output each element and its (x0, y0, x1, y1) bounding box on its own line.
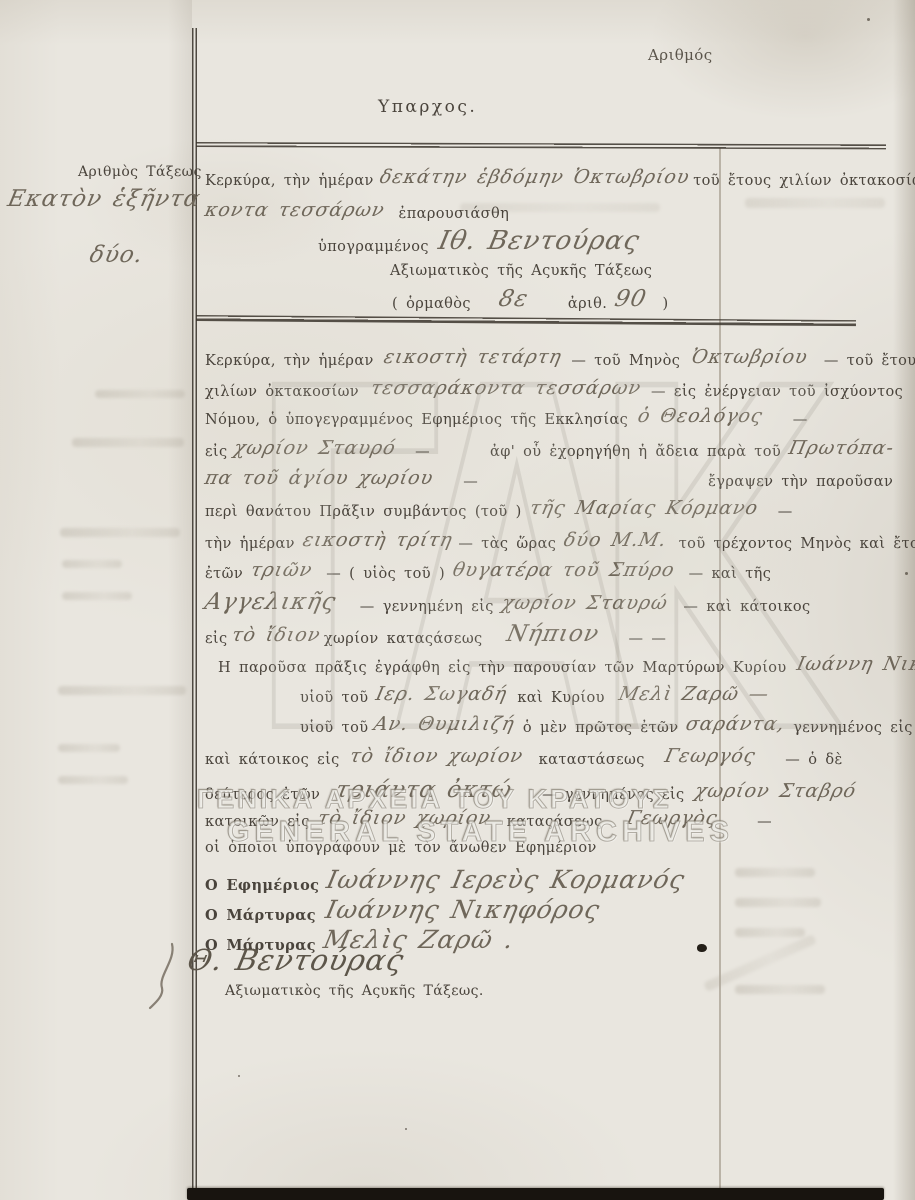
printed-text: Η παροῦσα πρᾶξις ἐγράφθη εἰς τὴν παρουσί… (218, 660, 787, 676)
printed-text: — (463, 474, 478, 490)
witness1-signature-line: Ο ΜάρτυραςΙωάννης Νικηφόρος (205, 899, 600, 924)
handwritten-text: τῆς Μαρίας Κόρμανο (528, 499, 760, 518)
body-line-11: Η παροῦσα πρᾶξις ἐγράφθη εἰς τὴν παρουσί… (218, 657, 915, 676)
printed-text: — εἰς ἐνέργειαν τοῦ ἰσχύοντος (651, 384, 903, 400)
document-page: Αριθμός Υπαρχος. Αριθμὸς Τάξεως Εκατὸν ἑ… (0, 0, 915, 1200)
officer-signature-upper: Ιθ. Βεντούρας (436, 228, 642, 254)
paper-speck (867, 18, 870, 21)
body-line-14: καὶ κάτοικος εἰςτὸ ἴδιον χωρίονκαταστάσε… (205, 749, 843, 768)
printed-text: καὶ Κυρίου (517, 690, 605, 706)
printed-text: ὑπογραμμένος (318, 239, 429, 255)
body-line-17: οἱ ὁποῖοι ὑπογράφουν μὲ τὸν ἄνωθεν Εφημέ… (205, 841, 597, 856)
printed-text: κατοικῶν εἰς (205, 814, 310, 830)
handwritten-text: Ὀκτωβρίου (690, 348, 810, 367)
printed-text: ) (663, 296, 669, 312)
bleedthrough-mark (735, 898, 821, 907)
handwritten-text: χωρίον Σταυρό (232, 439, 398, 458)
handwritten-text: κοντα τεσσάρων (203, 201, 387, 220)
upper-line-1: Κερκύρα, τὴν ἡμέρανδεκάτην ἑβδόμην Ὀκτωβ… (205, 170, 915, 189)
bleedthrough-mark (62, 560, 122, 568)
handwritten-text: σαράντα, (684, 715, 787, 734)
printed-text: εἰς (205, 631, 228, 647)
handwritten-text: θυγατέρα τοῦ Σπύρο (451, 561, 677, 580)
witness1-signature: Ιωάννης Νικηφόρος (323, 897, 602, 922)
printed-text: — (757, 814, 772, 830)
bleedthrough-mark (72, 438, 184, 447)
printed-text: — καὶ τῆς (689, 566, 772, 582)
printed-text: χιλίων ὀκτακοσίων (205, 384, 359, 400)
printed-text: — τοῦ Μηνὸς (571, 353, 680, 369)
witness1-label: Ο Μάρτυρας (205, 907, 316, 924)
printed-text: οἱ ὁποῖοι ὑπογράφουν μὲ τὸν ἄνωθεν Εφημέ… (205, 840, 597, 856)
printed-text: εἰς (205, 444, 228, 460)
printed-text: υἱοῦ τοῦ (300, 690, 368, 706)
bleedthrough-mark (58, 776, 128, 784)
printed-text: υἱοῦ τοῦ (300, 720, 368, 736)
handwritten-text: Νήπιον (504, 623, 601, 646)
handwritten-group-number: 8ε (496, 288, 530, 311)
priest-signature: Ιωάννης Ιερεὺς Κορμανός (325, 867, 688, 892)
printed-text: τοῦ τρέχοντος Μηνὸς καὶ ἔτους (679, 536, 915, 552)
printed-text: Κερκύρα, τὴν ἡμέραν (205, 173, 374, 189)
bleedthrough-mark (735, 928, 805, 937)
body-line-4: εἰςχωρίον Σταυρό—ἀφ' οὗ ἐχορηγήθη ἡ ἄδει… (205, 441, 894, 460)
officer-title: Αξιωματικὸς τῆς Αςυκῆς Τάξεως. (225, 983, 484, 999)
officer-signature: Θ. Βεντούρας (185, 946, 407, 975)
printed-text: — — (628, 631, 666, 647)
printed-text: — καὶ κάτοικος (683, 599, 810, 615)
printed-text: — τοῦ ἔτους (824, 353, 915, 369)
handwritten-text: χωρίον Σταβρό (693, 782, 858, 801)
handwritten-text: Αν. Θυμιλιζή (372, 715, 516, 734)
printed-text: καὶ κάτοικος εἰς (205, 752, 340, 768)
upper-line-5: ( ὁρμαθὸς8εἀριθ.90) (392, 290, 669, 313)
section-title-text: Υπαρχος. (378, 97, 477, 117)
scanned-archive-page: { "header": { "number_label": "Αριθμός",… (0, 0, 915, 1200)
handwritten-text: δεκάτην ἑβδόμην Ὀκτωβρίου (378, 168, 691, 187)
handwritten-text: χωρίον Σταυρώ (500, 594, 670, 613)
printed-text: Αξιωματικὸς τῆς Αςυκῆς Τάξεως (390, 263, 652, 279)
paper-speck (238, 1075, 240, 1077)
margin-order-number-label: Αριθμὸς Τάξεως (78, 165, 202, 179)
margin-hw2-text: δύο. (88, 244, 146, 267)
body-line-9: Αγγελικῆς— γεννημένη εἰςχωρίον Σταυρώ— κ… (205, 593, 810, 616)
officer-signature-line: Θ. Βεντούρας (188, 948, 404, 977)
body-line-3: Νόμου, ὁ ὑπογεγραμμένος Εφημέριος τῆς Εκ… (205, 409, 808, 428)
handwritten-text: τὸ ἴδιον χωρίον (348, 747, 525, 766)
body-line-12: υἱοῦ τοῦΙερ. Σωγαδήκαὶ ΚυρίουΜελὶ Ζαρῶ — (300, 687, 769, 706)
handwritten-text: πα τοῦ ἁγίου χωρίου (203, 469, 435, 488)
priest-label: Ο Εφημέριος (205, 877, 319, 894)
handwritten-text: τεσσαράκοντα τεσσάρων (369, 379, 643, 398)
bleedthrough-mark (745, 198, 885, 208)
printed-text: — τὰς ὥρας (458, 536, 556, 552)
printed-text: τοῦ ἔτους χιλίων ὀκτακοσίων (693, 173, 915, 189)
body-line-6: περὶ θανάτου Πρᾶξιν συμβάντος (τοῦ )τῆς … (205, 501, 793, 520)
printed-text: ἀριθ. (568, 296, 607, 312)
printed-text: ἔγραψεν τὴν παροῦσαν (708, 474, 893, 490)
printed-text: περὶ θανάτου Πρᾶξιν συμβάντος (τοῦ ) (205, 504, 522, 520)
handwritten-text: τριάντα ὀκτώ (334, 779, 515, 802)
handwritten-text: Ιωάννη Νικηφόρου (795, 655, 915, 674)
body-line-10: εἰςτὸ ἴδιονχωρίον καταςάσεωςΝήπιον— — (205, 625, 666, 648)
body-line-2: χιλίων ὀκτακοσίωντεσσαράκοντα τεσσάρων— … (205, 381, 903, 400)
handwritten-text: Γεωργός (663, 747, 758, 766)
body-line-16: κατοικῶν εἰςτὸ ἴδιον χωρίονκαταςάσεωςΓεω… (205, 811, 772, 830)
handwritten-text: δύο Μ.Μ. (562, 531, 669, 550)
page-number-label: Αριθμός (648, 48, 713, 63)
printed-text: χωρίον καταςάσεως (324, 631, 483, 647)
printed-text: — γεννημένη εἰς (360, 599, 494, 615)
printed-text: καταςάσεως (507, 814, 603, 830)
handwritten-text: Αγγελικῆς (203, 591, 339, 614)
handwritten-text: εικοστὴ τρίτη (301, 531, 455, 550)
printed-text: ὁ μὲν πρῶτος ἐτῶν (523, 720, 679, 736)
printed-text: ( ὁρμαθὸς (392, 296, 471, 312)
bleedthrough-mark (735, 985, 825, 994)
handwritten-text: εικοστὴ τετάρτη (382, 348, 564, 367)
printed-text: Νόμου, ὁ ὑπογεγραμμένος Εφημέριος τῆς Εκ… (205, 412, 628, 428)
printed-text: ἐτῶν (205, 566, 243, 582)
scan-bottom-edge (187, 1188, 884, 1200)
printed-text: ἐπαρουσιάσθη (399, 206, 510, 222)
printed-text: — (793, 412, 808, 428)
body-line-13: υἱοῦ τοῦΑν. Θυμιλιζήὁ μὲν πρῶτος ἐτῶνσαρ… (300, 717, 915, 736)
printed-text: καταστάσεως (539, 752, 645, 768)
margin-handwritten-line2: δύο. (90, 246, 143, 269)
margin-pen-stroke (146, 942, 180, 1010)
body-line-15: δεύτερος ἐτῶντριάντα ὀκτώ— γεννημένος εἰ… (205, 781, 856, 804)
handwritten-text: Μελὶ Ζαρῶ — (617, 685, 771, 704)
margin-handwritten-line1: Εκατὸν ἑξῆντα (8, 190, 200, 213)
printed-text: γεννημένος εἰς (793, 720, 913, 736)
officer-title-line: Αξιωματικὸς τῆς Αςυκῆς Τάξεως. (225, 984, 484, 998)
printed-text: — ( υἱὸς τοῦ ) (326, 566, 445, 582)
body-line-8: ἐτῶντριῶν— ( υἱὸς τοῦ )θυγατέρα τοῦ Σπύρ… (205, 563, 771, 582)
printed-text: — ὁ δὲ (785, 752, 842, 768)
printed-text: τὴν ἡμέραν (205, 536, 295, 552)
handwritten-text: ὁ Θεολόγος (636, 407, 765, 426)
body-line-5: πα τοῦ ἁγίου χωρίου—ἔγραψεν τὴν παροῦσαν (205, 471, 893, 490)
section-title: Υπαρχος. (378, 99, 477, 116)
upper-line-2: κοντα τεσσάρωνἐπαρουσιάσθη (205, 203, 509, 222)
binding-fold-shadow (168, 0, 192, 1200)
upper-line-3: ὑπογραμμένοςΙθ. Βεντούρας (318, 230, 639, 256)
printed-text: — (415, 444, 430, 460)
priest-signature-line: Ο ΕφημέριοςΙωάννης Ιερεὺς Κορμανός (205, 869, 685, 894)
paper-speck (905, 572, 908, 575)
bleedthrough-mark (735, 868, 815, 877)
bleedthrough-mark (58, 744, 120, 752)
bleedthrough-mark (95, 390, 185, 398)
handwritten-register-number: 90 (613, 288, 649, 311)
handwritten-text: τριῶν (249, 561, 314, 580)
handwritten-text: τὸ ἴδιον χωρίον (316, 809, 493, 828)
handwritten-text: Πρωτόπα- (787, 439, 896, 458)
printed-text: — (778, 504, 793, 520)
printed-text: — γεννημένος εἰς (542, 787, 685, 803)
upper-line-4: Αξιωματικὸς τῆς Αςυκῆς Τάξεως (390, 264, 652, 279)
ink-blot (697, 944, 707, 952)
bleedthrough-mark (58, 686, 186, 695)
bleedthrough-mark (60, 528, 180, 537)
handwritten-text: Γεωργὸς (625, 809, 720, 828)
handwritten-text: τὸ ἴδιον (230, 626, 322, 645)
number-label-text: Αριθμός (648, 46, 713, 64)
printed-text: δεύτερος ἐτῶν (205, 787, 320, 803)
handwritten-text: Ιερ. Σωγαδή (374, 685, 509, 704)
body-line-1: Κερκύρα, τὴν ἡμέρανεικοστὴ τετάρτη— τοῦ … (205, 350, 915, 369)
paper-speck (405, 1128, 407, 1130)
margin-label-text: Αριθμὸς Τάξεως (78, 164, 202, 180)
printed-text: ἀφ' οὗ ἐχορηγήθη ἡ ἄδεια παρὰ τοῦ (490, 444, 781, 460)
bleedthrough-mark (62, 592, 132, 600)
body-line-7: τὴν ἡμέρανεικοστὴ τρίτη— τὰς ὥραςδύο Μ.Μ… (205, 533, 915, 552)
printed-text: Κερκύρα, τὴν ἡμέραν (205, 353, 374, 369)
margin-hw1-text: Εκατὸν ἑξῆντα (6, 188, 203, 211)
